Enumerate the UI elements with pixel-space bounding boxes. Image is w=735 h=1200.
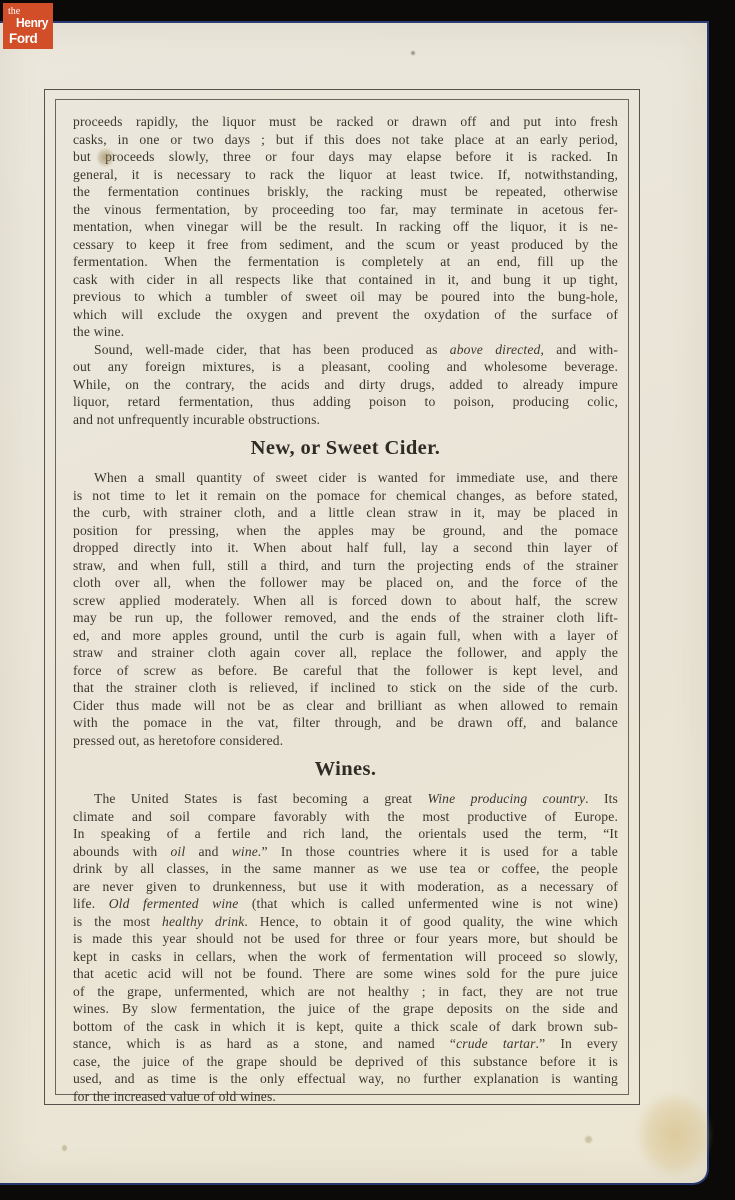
logo-text-henry: Henry xyxy=(16,16,48,30)
stain xyxy=(625,1085,715,1185)
text-line: but proceeds slowly, three or four days … xyxy=(73,148,618,166)
paragraph: When a small quantity of sweet cider is … xyxy=(73,469,618,749)
text-line: position for pressing, when the apples m… xyxy=(73,522,618,540)
text-line: straw and strainer cloth again cover all… xyxy=(73,644,618,662)
speck xyxy=(411,51,415,55)
scan-background: proceeds rapidly, the liquor must be rac… xyxy=(0,0,735,1200)
scanned-page: proceeds rapidly, the liquor must be rac… xyxy=(0,21,709,1185)
text-line: life. Old fermented wine (that which is … xyxy=(73,895,618,913)
text-line: out any foreign mixtures, is a pleasant,… xyxy=(73,358,618,376)
text-line: which will exclude the oxygen and preven… xyxy=(73,306,618,324)
text-line: Cider thus made will not be as clear and… xyxy=(73,697,618,715)
text-line: casks, in one or two days ; but if this … xyxy=(73,131,618,149)
text-line: wines. By slow fermentation, the juice o… xyxy=(73,1000,618,1018)
text-line: the vinous fermentation, by proceeding t… xyxy=(73,201,618,219)
text-line: that acetic acid will not be found. Ther… xyxy=(73,965,618,983)
paragraph: Sound, well-made cider, that has been pr… xyxy=(73,341,618,429)
text-line: the curb, with strainer cloth, and a lit… xyxy=(73,504,618,522)
text-line: In speaking of a fertile and rich land, … xyxy=(73,825,618,843)
text-line: case, the juice of the grape should be d… xyxy=(73,1053,618,1071)
paragraph: The United States is fast becoming a gre… xyxy=(73,790,618,1105)
speck xyxy=(62,1145,67,1151)
text-line: Sound, well-made cider, that has been pr… xyxy=(73,341,618,359)
paragraph: proceeds rapidly, the liquor must be rac… xyxy=(73,113,618,341)
text-line: proceeds rapidly, the liquor must be rac… xyxy=(73,113,618,131)
text-line: with the pomace in the vat, filter throu… xyxy=(73,714,618,732)
page-body-text: proceeds rapidly, the liquor must be rac… xyxy=(73,113,618,1105)
text-line: abounds with oil and wine.” In those cou… xyxy=(73,843,618,861)
text-line: drink by all classes, in the same manner… xyxy=(73,860,618,878)
text-line: and not unfrequently incurable obstructi… xyxy=(73,411,618,429)
text-line: is the most healthy drink. Hence, to obt… xyxy=(73,913,618,931)
text-line: fermentation. When the fermentation is c… xyxy=(73,253,618,271)
text-line: cessary to keep it free from sediment, a… xyxy=(73,236,618,254)
text-line: straw, and when full, still a third, and… xyxy=(73,557,618,575)
text-line: the wine. xyxy=(73,323,618,341)
text-line: for the increased value of old wines. xyxy=(73,1088,618,1106)
text-line: cloth over all, when the follower may be… xyxy=(73,574,618,592)
henry-ford-logo: the Henry Ford xyxy=(3,3,53,49)
text-line: stance, which is as hard as a stone, and… xyxy=(73,1035,618,1053)
text-line: When a small quantity of sweet cider is … xyxy=(73,469,618,487)
text-line: climate and soil compare favorably with … xyxy=(73,808,618,826)
section-heading: Wines. xyxy=(73,756,618,782)
text-line: that the strainer cloth is relieved, if … xyxy=(73,679,618,697)
text-line: previous to which a tumbler of sweet oil… xyxy=(73,288,618,306)
text-line: While, on the contrary, the acids and di… xyxy=(73,376,618,394)
text-line: The United States is fast becoming a gre… xyxy=(73,790,618,808)
text-line: screw applied moderately. When all is fo… xyxy=(73,592,618,610)
text-line: ed, and more apples ground, until the cu… xyxy=(73,627,618,645)
text-line: kept in casks in cellars, when the work … xyxy=(73,948,618,966)
speck xyxy=(585,1136,592,1143)
text-line: the fermentation continues briskly, the … xyxy=(73,183,618,201)
stain xyxy=(97,148,114,167)
text-line: used, and as time is the only effectual … xyxy=(73,1070,618,1088)
text-line: may be run up, the follower removed, and… xyxy=(73,609,618,627)
text-line: are never given to drunkenness, but use … xyxy=(73,878,618,896)
logo-text-ford: Ford xyxy=(9,30,37,46)
text-line: dropped directly into it. When about hal… xyxy=(73,539,618,557)
text-line: mentation, when vinegar will be the resu… xyxy=(73,218,618,236)
text-line: force of screw as before. Be careful tha… xyxy=(73,662,618,680)
text-line: is not time to let it remain on the poma… xyxy=(73,487,618,505)
text-line: is made this year should not be used for… xyxy=(73,930,618,948)
text-line: general, it is necessary to rack the liq… xyxy=(73,166,618,184)
text-line: bottom of the cask in which it is kept, … xyxy=(73,1018,618,1036)
text-line: liquor, retard fermentation, thus adding… xyxy=(73,393,618,411)
text-line: pressed out, as heretofore considered. xyxy=(73,732,618,750)
section-heading: New, or Sweet Cider. xyxy=(73,435,618,461)
text-line: cask with cider in all respects like tha… xyxy=(73,271,618,289)
text-line: of the grape, unfermented, which are not… xyxy=(73,983,618,1001)
